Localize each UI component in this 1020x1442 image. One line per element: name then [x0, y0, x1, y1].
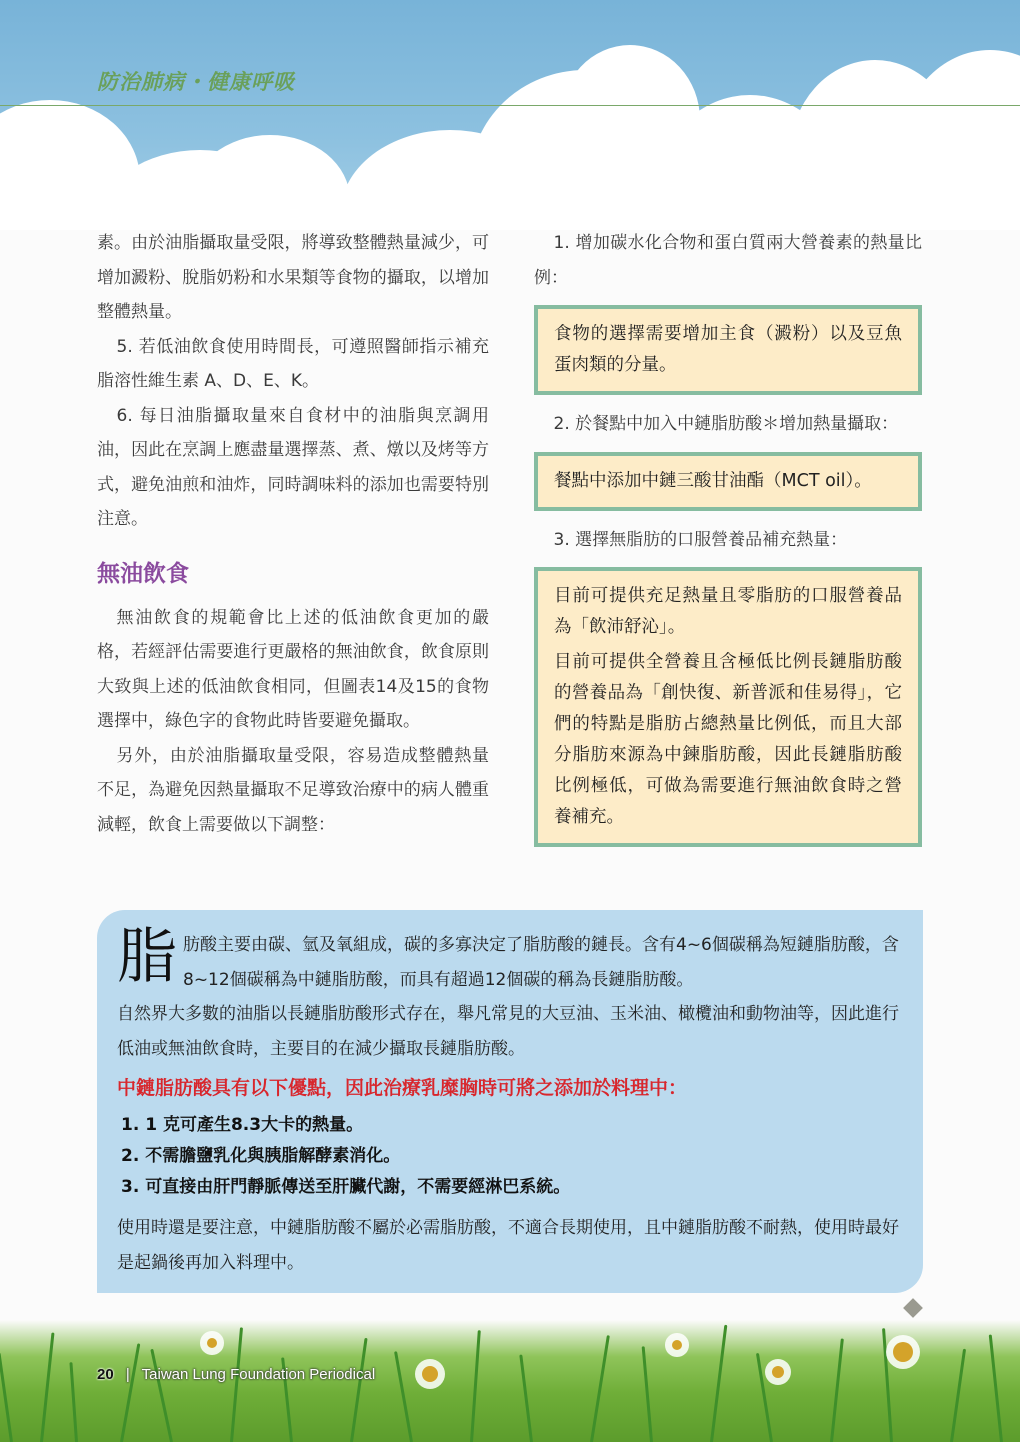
- paragraph: 素。由於油脂攝取量受限，將導致整體熱量減少，可增加澱粉、脫脂奶粉和水果類等食物的…: [97, 226, 489, 330]
- grass-blade: [350, 1338, 368, 1442]
- grass-blade: [989, 1334, 1003, 1442]
- tip-box: 餐點中添加中鏈三酸甘油酯（MCT oil）。: [534, 452, 922, 511]
- grass-blade: [150, 1349, 173, 1442]
- footer-separator: |: [126, 1366, 130, 1383]
- right-column: 1. 增加碳水化合物和蛋白質兩大營養素的熱量比例： 食物的選擇需要增加主食（澱粉…: [534, 226, 922, 859]
- grass-blade: [120, 1343, 140, 1442]
- list-item: 2. 不需膽鹽乳化與胰脂解酵素消化。: [121, 1141, 903, 1172]
- header-divider: [0, 105, 1020, 106]
- tip-text: 目前可提供全營養且含極低比例長鏈脂肪酸的營養品為「創快復、新普派和佳易得」，它們…: [554, 647, 902, 833]
- daisy-decoration: [672, 1340, 682, 1350]
- grass-blade: [69, 1362, 78, 1442]
- left-column: 素。由於油脂攝取量受限，將導致整體熱量減少，可增加澱粉、脫脂奶粉和水果類等食物的…: [97, 226, 489, 842]
- page-footer: 20 | Taiwan Lung Foundation Periodical: [97, 1366, 375, 1383]
- grass-blade: [0, 1353, 13, 1442]
- dropcap: 脂: [117, 926, 177, 988]
- grass-blade: [470, 1330, 481, 1442]
- daisy-decoration: [207, 1338, 217, 1348]
- daisy-decoration: [422, 1366, 438, 1382]
- grass-blade: [710, 1325, 727, 1442]
- list-item-text: 2. 於餐點中加入中鏈脂肪酸＊增加熱量攝取：: [534, 407, 922, 442]
- tip-text: 餐點中添加中鏈三酸甘油酯（MCT oil）。: [554, 466, 902, 497]
- info-highlight: 中鏈脂肪酸具有以下優點，因此治療乳糜胸時可將之添加於料理中：: [117, 1068, 903, 1108]
- info-intro: 脂 肪酸主要由碳、氫及氧組成，碳的多寡決定了脂肪酸的鏈長。含有4~6個碳稱為短鏈…: [117, 928, 903, 997]
- grass-blade: [882, 1328, 893, 1442]
- grass-blade: [950, 1349, 966, 1442]
- header-title: 防治肺病・健康呼吸: [97, 66, 295, 96]
- grass-blade: [40, 1332, 54, 1442]
- cloud-base: [0, 190, 1020, 230]
- list-item-text: 1. 增加碳水化合物和蛋白質兩大營養素的熱量比例：: [534, 226, 922, 295]
- advantages-list: 1. 1 克可產生8.3大卡的熱量。 2. 不需膽鹽乳化與胰脂解酵素消化。 3.…: [117, 1110, 903, 1203]
- list-item: 1. 1 克可產生8.3大卡的熱量。: [121, 1110, 903, 1141]
- diamond-icon: [903, 1298, 923, 1318]
- paragraph: 無油飲食的規範會比上述的低油飲食更加的嚴格，若經評估需要進行更嚴格的無油飲食，飲…: [97, 601, 489, 739]
- list-item-text: 3. 選擇無脂肪的口服營養品補充熱量：: [534, 523, 922, 558]
- daisy-decoration: [772, 1366, 784, 1378]
- publication-name: Taiwan Lung Foundation Periodical: [142, 1366, 376, 1383]
- info-note: 使用時還是要注意，中鏈脂肪酸不屬於必需脂肪酸，不適合長期使用，且中鏈脂肪酸不耐熱…: [117, 1211, 903, 1280]
- paragraph: 另外，由於油脂攝取量受限，容易造成整體熱量不足，為避免因熱量攝取不足導致治療中的…: [97, 739, 489, 843]
- grass-blade: [756, 1353, 773, 1442]
- info-box-fatty-acids: 脂 肪酸主要由碳、氫及氧組成，碳的多寡決定了脂肪酸的鏈長。含有4~6個碳稱為短鏈…: [97, 910, 923, 1293]
- section-title: 無油飲食: [97, 557, 489, 591]
- grass-blade: [394, 1351, 413, 1442]
- list-item: 3. 可直接由肝門靜脈傳送至肝臟代謝，不需要經淋巴系統。: [121, 1172, 903, 1203]
- page-number: 20: [97, 1366, 114, 1383]
- grass-blade: [519, 1354, 533, 1442]
- info-intro-text: 肪酸主要由碳、氫及氧組成，碳的多寡決定了脂肪酸的鏈長。含有4~6個碳稱為短鏈脂肪…: [183, 935, 899, 990]
- tip-box: 食物的選擇需要增加主食（澱粉）以及豆魚蛋肉類的分量。: [534, 305, 922, 395]
- paragraph: 6. 每日油脂攝取量來自食材中的油脂與烹調用油，因此在烹調上應盡量選擇蒸、煮、燉…: [97, 399, 489, 537]
- sky-header-background: [0, 0, 1020, 230]
- daisy-decoration: [893, 1342, 913, 1362]
- tip-box: 目前可提供充足熱量且零脂肪的口服營養品為「飲沛舒沁」。 目前可提供全營養且含極低…: [534, 567, 922, 847]
- tip-text: 目前可提供充足熱量且零脂肪的口服營養品為「飲沛舒沁」。: [554, 581, 902, 643]
- grass-blade: [830, 1338, 844, 1442]
- tip-text: 食物的選擇需要增加主食（澱粉）以及豆魚蛋肉類的分量。: [554, 319, 902, 381]
- grass-blade: [642, 1346, 653, 1442]
- info-paragraph: 自然界大多數的油脂以長鏈脂肪酸形式存在，舉凡常見的大豆油、玉米油、橄欖油和動物油…: [117, 997, 903, 1066]
- grass-blade: [230, 1327, 243, 1442]
- grass-blade: [590, 1335, 610, 1442]
- paragraph: 5. 若低油飲食使用時間長，可遵照醫師指示補充脂溶性維生素 A、D、E、K。: [97, 330, 489, 399]
